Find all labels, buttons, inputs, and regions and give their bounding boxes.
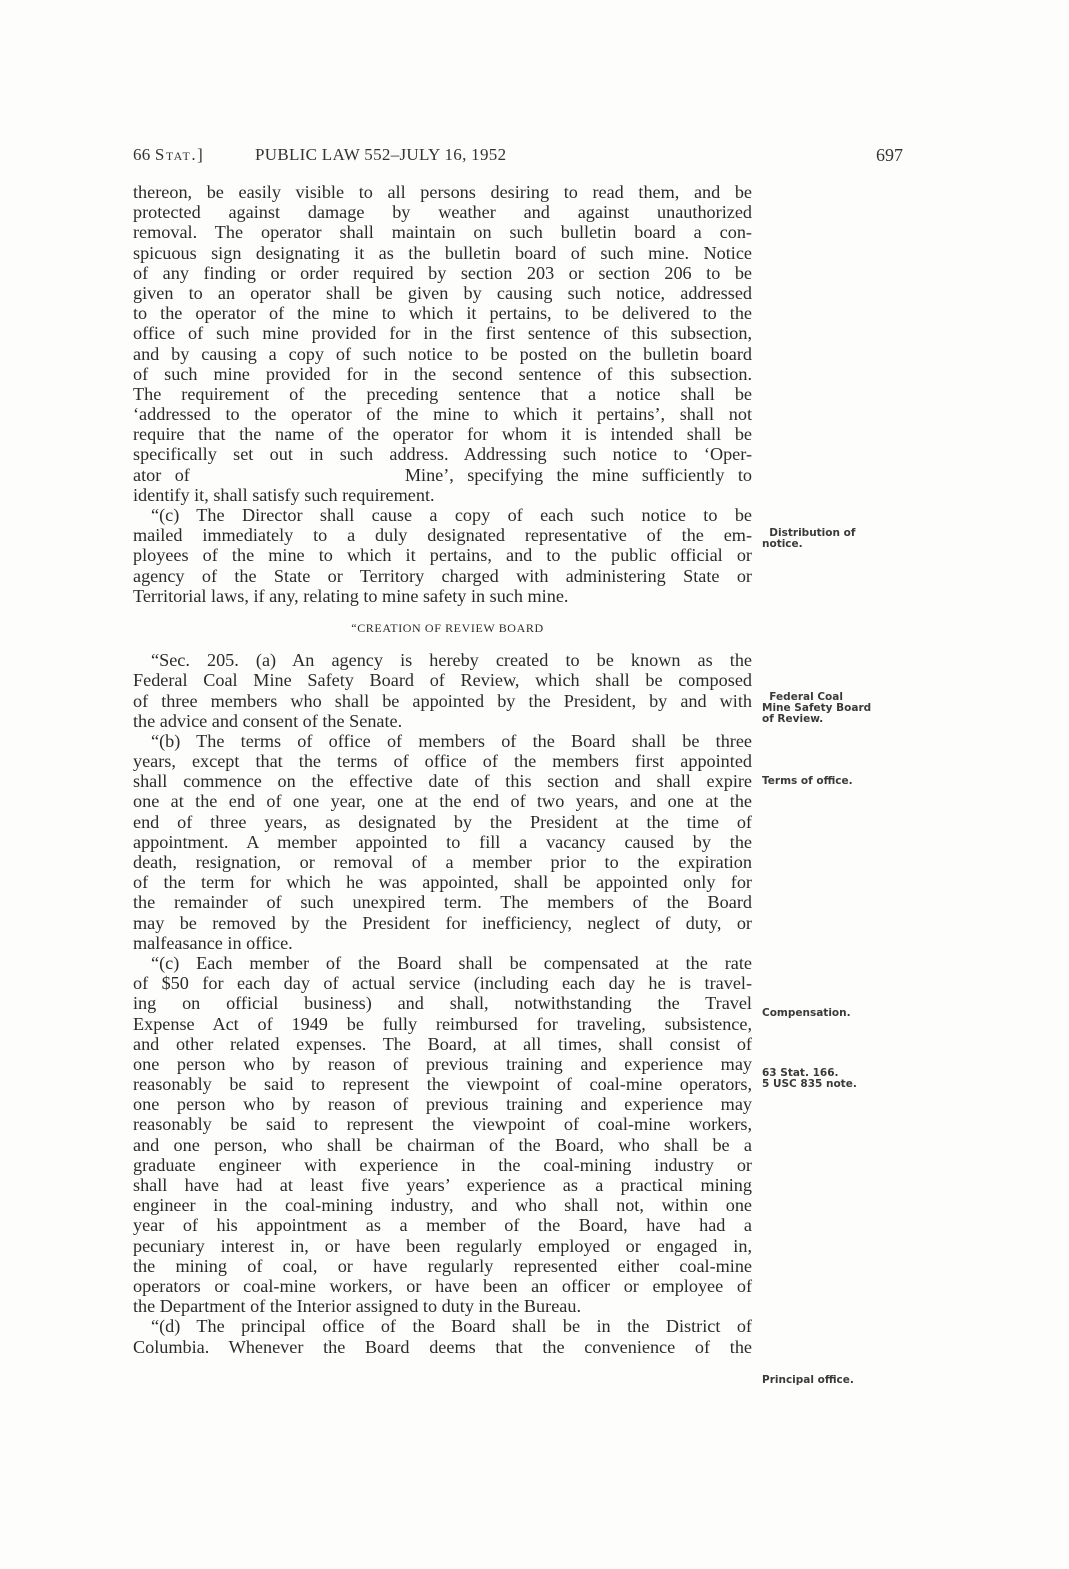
text-line: The requirement of the preceding sentenc… xyxy=(133,384,752,404)
text-line: to the operator of the mine to which it … xyxy=(133,303,752,323)
text-line: reasonably be said to represent the view… xyxy=(133,1074,752,1094)
section-heading: “CREATION OF REVIEW BOARD xyxy=(133,618,752,638)
text-line: protected against damage by weather and … xyxy=(133,202,752,222)
text-line: and by causing a copy of such notice to … xyxy=(133,344,752,364)
margin-note-federal-board: Federal Coal Mine Safety Board of Review… xyxy=(762,692,871,725)
text-line: year of his appointment as a member of t… xyxy=(133,1215,752,1235)
text-line: agency of the State or Territory charged… xyxy=(133,566,752,586)
text-line: the mining of coal, or have regularly re… xyxy=(133,1256,752,1276)
text-line: pecuniary interest in, or have been regu… xyxy=(133,1236,752,1256)
text-line: operators or coal-mine workers, or have … xyxy=(133,1276,752,1296)
text-line: spicuous sign designating it as the bull… xyxy=(133,243,752,263)
margin-note-distribution: Distribution of notice. xyxy=(762,528,855,550)
text-line: “(c) Each member of the Board shall be c… xyxy=(133,953,752,973)
text-line: “Sec. 205. (a) An agency is hereby creat… xyxy=(133,650,752,670)
margin-note-terms: Terms of office. xyxy=(762,776,853,787)
text-line: Federal Coal Mine Safety Board of Review… xyxy=(133,670,752,690)
text-line: “(c) The Director shall cause a copy of … xyxy=(133,505,752,525)
text-line: and other related expenses. The Board, a… xyxy=(133,1034,752,1054)
text-line: of $50 for each day of actual service (i… xyxy=(133,973,752,993)
text-line: mailed immediately to a duly designated … xyxy=(133,525,752,545)
text-line: death, resignation, or removal of a memb… xyxy=(133,852,752,872)
margin-note-principal-office: Principal office. xyxy=(762,1375,854,1386)
text-line: of any finding or order required by sect… xyxy=(133,263,752,283)
text-line: the Department of the Interior assigned … xyxy=(133,1296,752,1316)
text-line: years, except that the terms of office o… xyxy=(133,751,752,771)
text-line: graduate engineer with experience in the… xyxy=(133,1155,752,1175)
text-line: one person who by reason of previous tra… xyxy=(133,1094,752,1114)
text-line: may be removed by the President for inef… xyxy=(133,913,752,933)
text-line: Expense Act of 1949 be fully reimbursed … xyxy=(133,1014,752,1034)
text-line: require that the name of the operator fo… xyxy=(133,424,752,444)
text-line: of three members who shall be appointed … xyxy=(133,691,752,711)
margin-note-citation: 63 Stat. 166. 5 USC 835 note. xyxy=(762,1068,857,1090)
text-line: of the term for which he was appointed, … xyxy=(133,872,752,892)
text-line: “(d) The principal office of the Board s… xyxy=(133,1316,752,1336)
text-line: end of three years, as designated by the… xyxy=(133,812,752,832)
text-line: office of such mine provided for in the … xyxy=(133,323,752,343)
text-line-with-blank: ator ofMine’, specifying the mine suffic… xyxy=(133,465,752,485)
text-line: thereon, be easily visible to all person… xyxy=(133,182,752,202)
text-fragment: ator of xyxy=(133,465,190,485)
text-line: ‘addressed to the operator of the mine t… xyxy=(133,404,752,424)
text-line: shall commence on the effective date of … xyxy=(133,771,752,791)
text-line: Territorial laws, if any, relating to mi… xyxy=(133,586,752,606)
volume-number: 66 xyxy=(133,145,150,164)
text-line: removal. The operator shall maintain on … xyxy=(133,222,752,242)
text-line: given to an operator shall be given by c… xyxy=(133,283,752,303)
volume-citation: 66 Stat.] xyxy=(133,145,203,165)
text-line: malfeasance in office. xyxy=(133,933,752,953)
text-line: of such mine provided for in the second … xyxy=(133,364,752,384)
document-page: 66 Stat.] PUBLIC LAW 552–JULY 16, 1952 6… xyxy=(0,0,1069,1569)
bracket: ] xyxy=(197,145,203,164)
text-fragment: Mine’, specifying the mine sufficiently … xyxy=(405,465,752,485)
text-line: appointment. A member appointed to fill … xyxy=(133,832,752,852)
text-line: the remainder of such unexpired term. Th… xyxy=(133,892,752,912)
text-line: one person who by reason of previous tra… xyxy=(133,1054,752,1074)
text-line: one at the end of one year, one at the e… xyxy=(133,791,752,811)
text-line: reasonably be said to represent the view… xyxy=(133,1114,752,1134)
text-line: specifically set out in such address. Ad… xyxy=(133,444,752,464)
running-head: 66 Stat.] PUBLIC LAW 552–JULY 16, 1952 6… xyxy=(133,145,903,167)
law-title: PUBLIC LAW 552–JULY 16, 1952 xyxy=(255,145,506,165)
text-line: identify it, shall satisfy such requirem… xyxy=(133,485,752,505)
text-line: shall have had at least five years’ expe… xyxy=(133,1175,752,1195)
margin-note-compensation: Compensation. xyxy=(762,1008,851,1019)
text-line: engineer in the coal-mining industry, an… xyxy=(133,1195,752,1215)
page-number: 697 xyxy=(876,145,903,166)
text-line: the advice and consent of the Senate. xyxy=(133,711,752,731)
text-line: ployees of the mine to which it pertains… xyxy=(133,545,752,565)
text-line: “(b) The terms of office of members of t… xyxy=(133,731,752,751)
text-line: ing on official business) and shall, not… xyxy=(133,993,752,1013)
body-text: thereon, be easily visible to all person… xyxy=(133,182,752,1357)
text-line: Columbia. Whenever the Board deems that … xyxy=(133,1337,752,1357)
stat-label: Stat. xyxy=(155,145,197,164)
text-line: and one person, who shall be chairman of… xyxy=(133,1135,752,1155)
